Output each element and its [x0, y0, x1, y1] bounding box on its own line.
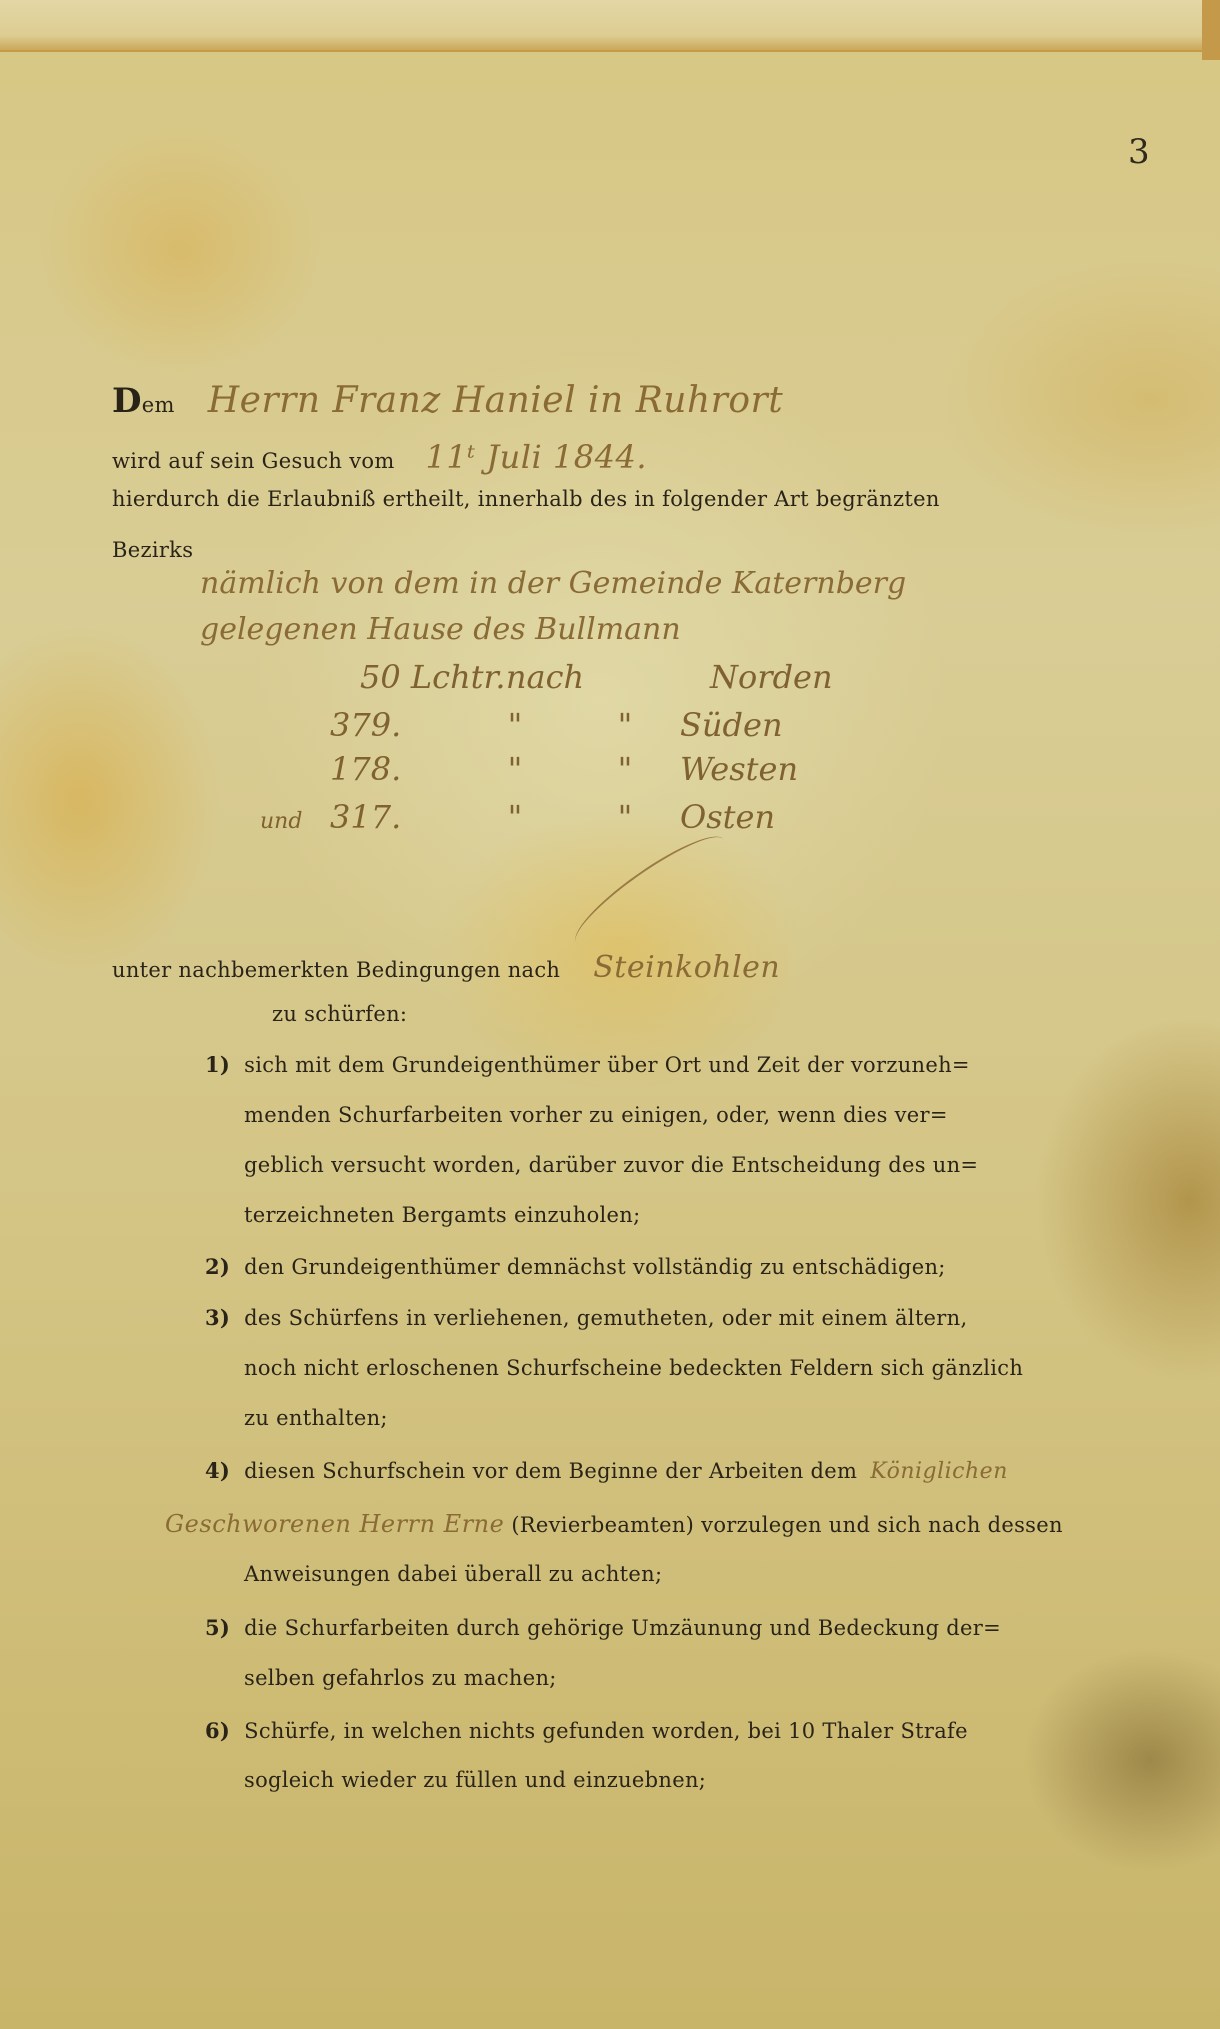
boundary-direction: Norden [710, 658, 910, 696]
condition-text: diesen Schurfschein vor dem Beginne der … [244, 1459, 857, 1483]
boundary-direction: Süden [680, 706, 880, 744]
boundary-ditto: " [570, 706, 680, 744]
boundary-row-east: und317.""Osten [260, 798, 880, 836]
boundary-direction: Osten [680, 798, 880, 836]
condition-text: sich mit dem Grundeigenthümer über Ort u… [244, 1053, 970, 1077]
condition-5-line-2: selben gefahrlos zu machen; [244, 1666, 557, 1690]
heading-rest: em [142, 393, 175, 417]
condition-number: 6) [205, 1718, 230, 1743]
boundary-row-west: 178.""Westen [330, 750, 880, 788]
condition-3-line-3: zu enthalten; [244, 1406, 388, 1430]
handwritten-recipient: Herrn Franz Haniel in Ruhrort [208, 380, 784, 421]
boundary-distance: 379. [330, 706, 460, 744]
condition-3-line-1: 3)des Schürfens in verliehenen, gemuthet… [205, 1305, 967, 1330]
condition-6-line-1: 6)Schürfe, in welchen nichts gefunden wo… [205, 1718, 968, 1743]
boundary-ditto: " [570, 798, 680, 836]
boundary-direction: Westen [680, 750, 880, 788]
paper-top-fold [0, 0, 1220, 52]
conditions-intro-line: unter nachbemerkten Bedingungen nach Ste… [112, 950, 780, 985]
boundary-ditto: " [460, 750, 570, 788]
boundary-row-south: 379.""Süden [330, 706, 880, 744]
district-description-line-2: gelegenen Hause des Bullmann [200, 612, 681, 647]
boundary-ditto: " [460, 706, 570, 744]
condition-text: (Revierbeamten) vorzulegen und sich nach… [511, 1513, 1063, 1537]
condition-text: den Grundeigenthümer demnächst vollständ… [244, 1255, 946, 1279]
permission-line: hierdurch die Erlaubniß ertheilt, innerh… [112, 487, 940, 511]
condition-5-line-1: 5)die Schurfarbeiten durch gehörige Umzä… [205, 1615, 1001, 1640]
district-description-line-1: nämlich von dem in der Gemeinde Katernbe… [200, 566, 906, 601]
district-label: Bezirks [112, 538, 193, 562]
condition-1-line-4: terzeichneten Bergamts einzuholen; [244, 1203, 640, 1227]
condition-6-line-2: sogleich wieder zu füllen und einzuebnen… [244, 1768, 706, 1792]
condition-1-line-3: geblich versucht worden, darüber zuvor d… [244, 1153, 978, 1177]
request-line: wird auf sein Gesuch vom 11ᵗ Juli 1844. [112, 438, 647, 476]
handwritten-flourish [564, 822, 736, 960]
document-page: 3 Dem Herrn Franz Haniel in Ruhrort wird… [0, 0, 1220, 2029]
request-printed: wird auf sein Gesuch vom [112, 449, 395, 473]
boundary-row-north: 50 Lchtr.nachNorden [360, 658, 910, 696]
handwritten-mineral: Steinkohlen [593, 950, 780, 985]
condition-1-line-1: 1)sich mit dem Grundeigenthümer über Ort… [205, 1052, 970, 1077]
condition-4-line-1: 4)diesen Schurfschein vor dem Beginne de… [205, 1458, 1008, 1484]
condition-3-line-2: noch nicht erloschenen Schurfscheine bed… [244, 1356, 1023, 1380]
boundary-ditto: " [460, 798, 570, 836]
condition-number: 3) [205, 1305, 230, 1330]
condition-4-line-2: Geschworenen Herrn Erne (Revierbeamten) … [165, 1510, 1063, 1538]
boundary-ditto: nach [490, 658, 600, 696]
handwritten-official-name: Geschworenen Herrn Erne [165, 1510, 504, 1538]
condition-2-line-1: 2)den Grundeigenthümer demnächst vollstä… [205, 1254, 946, 1279]
condition-number: 4) [205, 1458, 230, 1483]
boundary-distance: 317. [330, 798, 460, 836]
condition-number: 2) [205, 1254, 230, 1279]
condition-text: des Schürfens in verliehenen, gemutheten… [244, 1306, 967, 1330]
condition-text: Schürfe, in welchen nichts gefunden word… [244, 1719, 968, 1743]
paper-edge [1202, 0, 1220, 60]
condition-number: 1) [205, 1052, 230, 1077]
page-number: 3 [1128, 132, 1150, 172]
boundary-ditto: " [570, 750, 680, 788]
condition-text: die Schurfarbeiten durch gehörige Umzäun… [244, 1616, 1001, 1640]
condition-number: 5) [205, 1615, 230, 1640]
condition-4-line-3: Anweisungen dabei überall zu achten; [244, 1562, 662, 1586]
handwritten-date: 11ᵗ Juli 1844. [426, 438, 647, 476]
boundary-prefix: und [260, 809, 330, 834]
condition-1-line-2: menden Schurfarbeiten vorher zu einigen,… [244, 1103, 948, 1127]
conditions-intro-printed: unter nachbemerkten Bedingungen nach [112, 958, 560, 982]
recipient-line: Dem Herrn Franz Haniel in Ruhrort [112, 380, 783, 421]
handwritten-title: Königlichen [870, 1459, 1008, 1484]
boundary-distance: 178. [330, 750, 460, 788]
drop-initial: D [112, 381, 142, 421]
purpose-line: zu schürfen: [272, 1002, 407, 1026]
boundary-distance: 50 Lchtr. [360, 658, 490, 696]
